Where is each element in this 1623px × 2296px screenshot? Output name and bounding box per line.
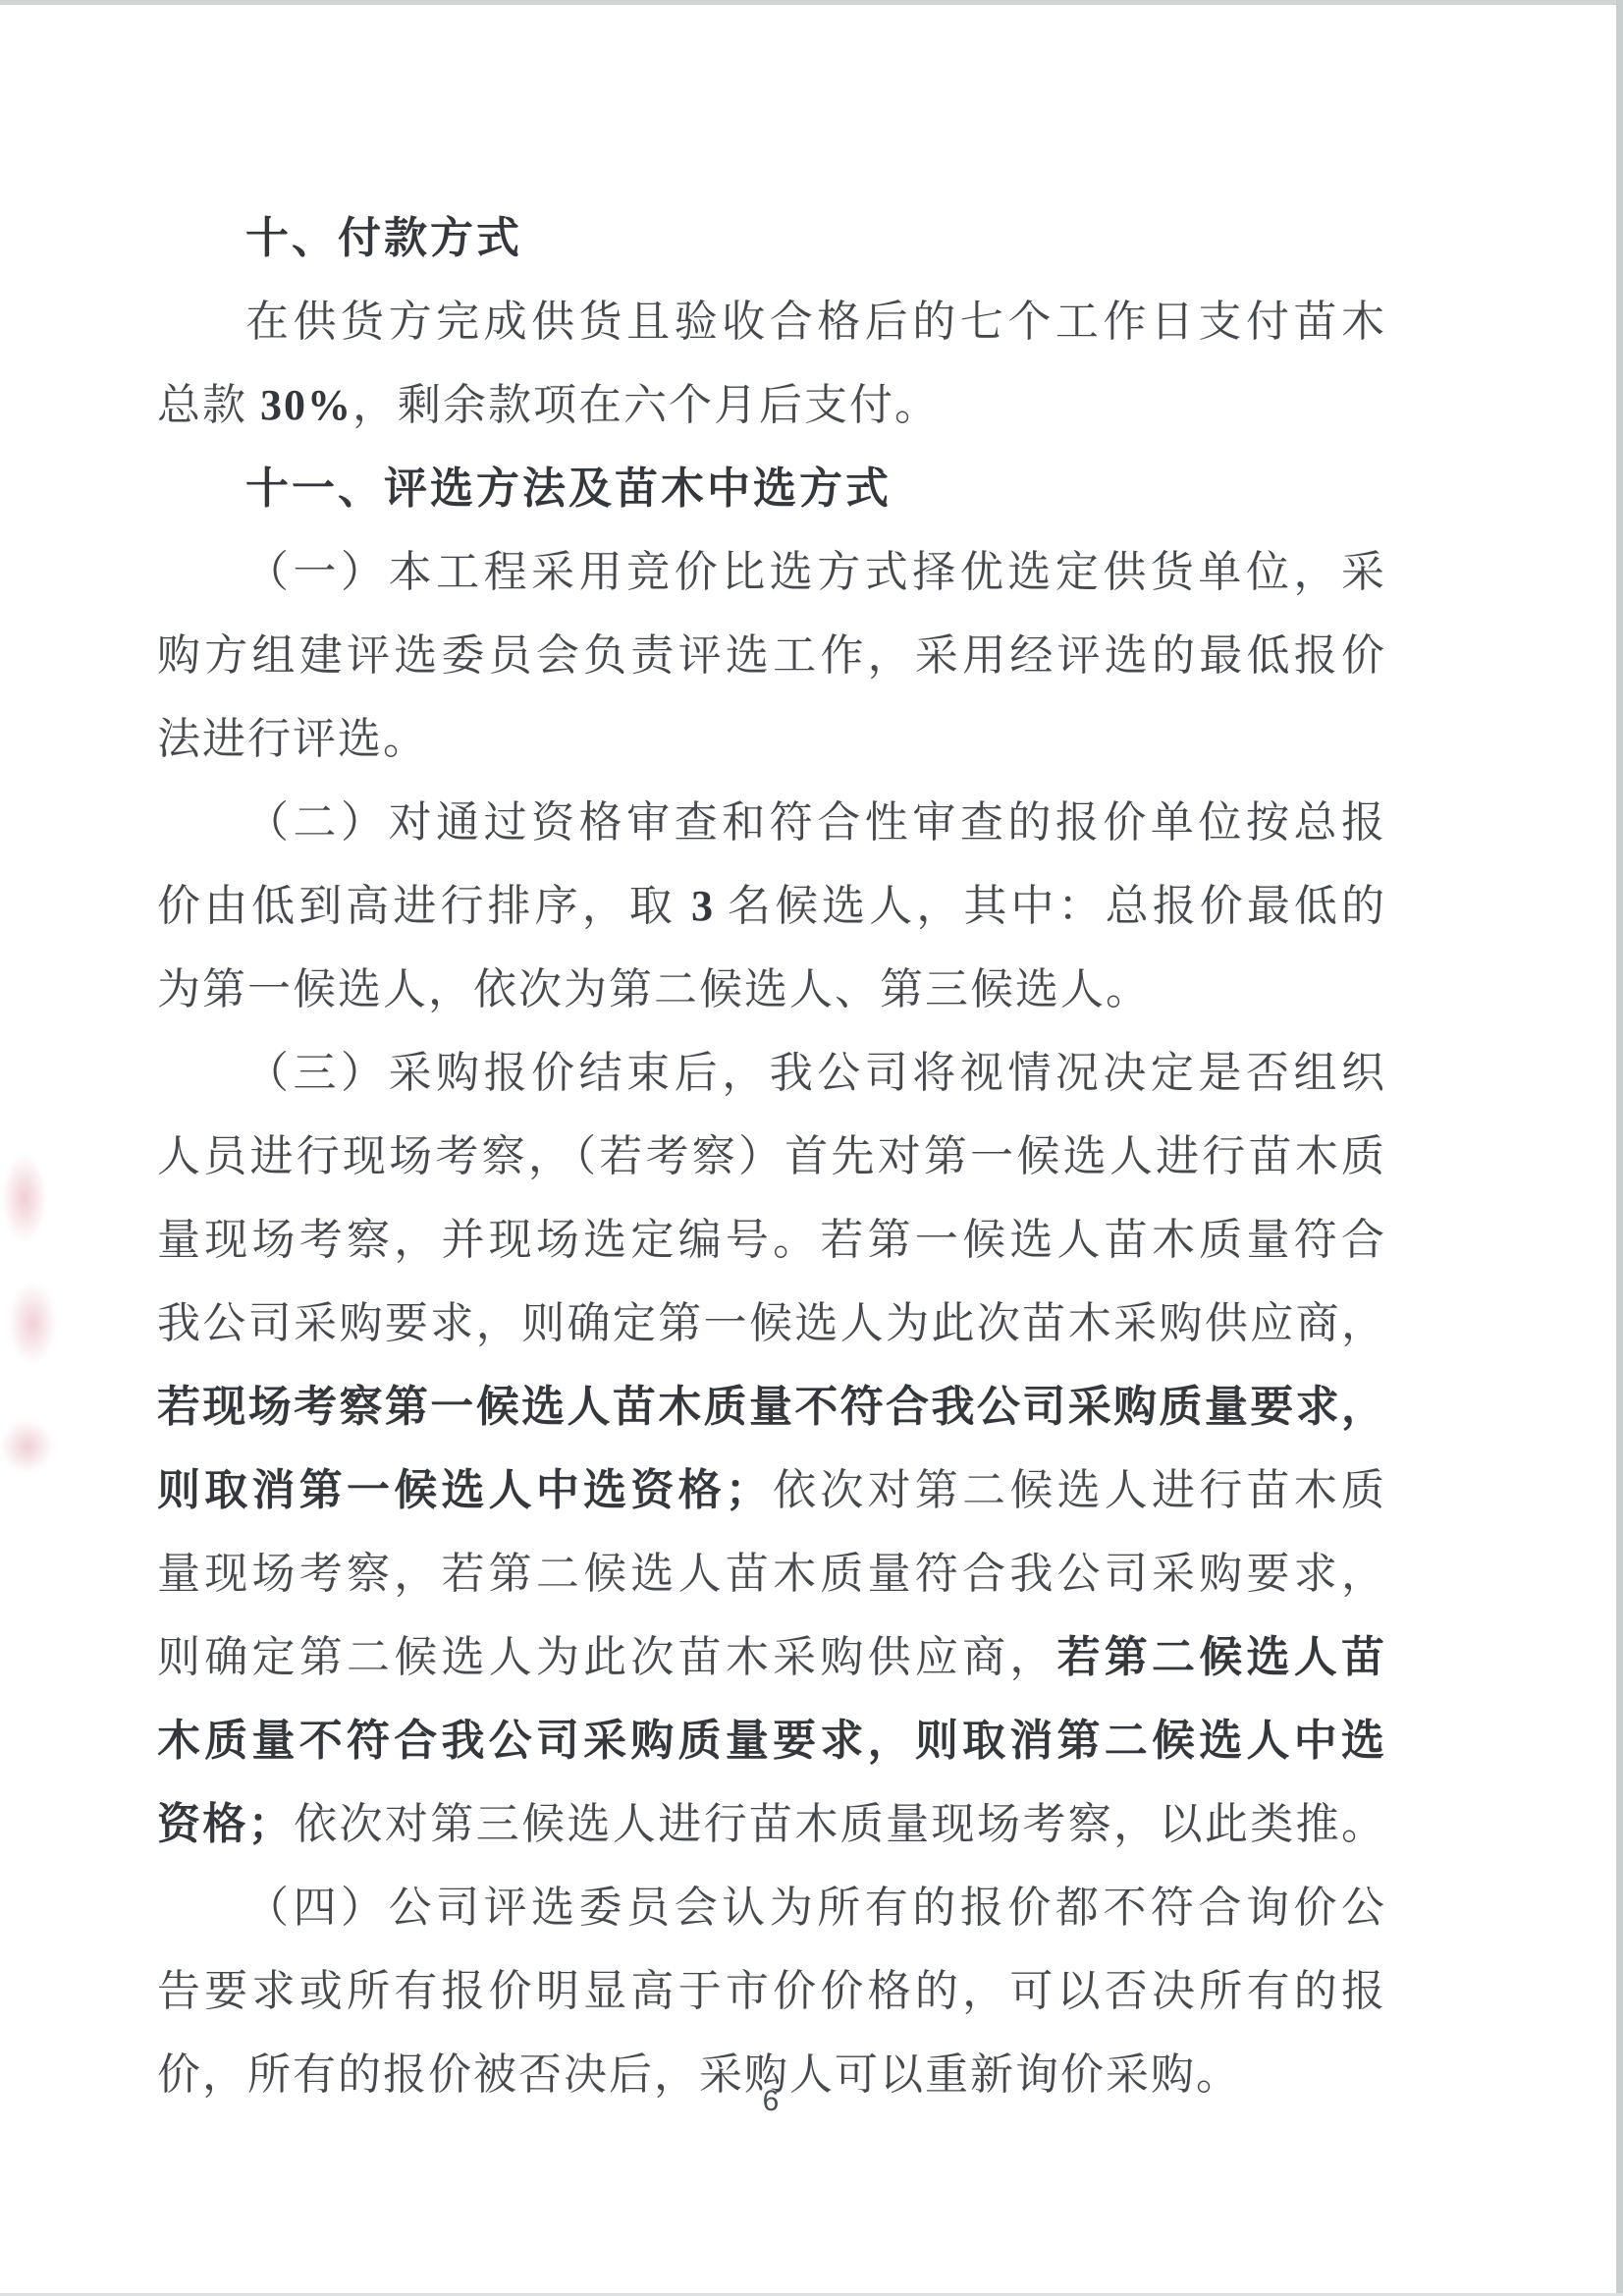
text-segment: 为第一候选人，依次为第二候选人、第三候选人。 (157, 965, 1151, 1013)
text-segment: 30% (260, 381, 352, 429)
text-line: 量现场考察，若第二候选人苗木质量符合我公司采购要求， (157, 1532, 1384, 1615)
text-segment: 价由低到高进行排序，取 (157, 882, 691, 930)
text-line: 量现场考察，并现场选定编号。若第一候选人苗木质量符合 (157, 1198, 1384, 1282)
text-line: 法进行评选。 (157, 697, 1384, 781)
page-number: 6 (157, 2082, 1384, 2121)
text-segment: （三）采购报价结束后，我公司将视情况决定是否组织 (245, 1049, 1384, 1097)
text-segment: 人员进行现场考察，（若考察）首先对第一候选人进行苗木质 (157, 1132, 1384, 1180)
text-line: （一）本工程采用竞价比选方式择优选定供货单位，采 (157, 530, 1384, 614)
text-segment: 3 (691, 882, 713, 930)
text-segment: 法进行评选。 (157, 715, 428, 763)
ink-smudge (8, 1282, 57, 1365)
text-segment: （四）公司评选委员会认为所有的报价都不符合询价公 (245, 1884, 1384, 1932)
text-segment: 十一、评选方法及苗木中选方式 (245, 465, 892, 513)
text-segment: （二）对通过资格审查和符合性审查的报价单位按总报 (245, 798, 1384, 847)
scanned-document-page: { "page": { "number": "6" }, "document":… (0, 0, 1623, 2296)
text-line: 在供货方完成供货且验收合格后的七个工作日支付苗木 (157, 280, 1384, 363)
text-line: 资格；依次对第三候选人进行苗木质量现场考察，以此类推。 (157, 1782, 1384, 1866)
text-line: 则确定第二候选人为此次苗木采购供应商，若第二候选人苗 (157, 1615, 1384, 1699)
text-segment: ，剩余款项在六个月后支付。 (352, 381, 940, 429)
text-line: 人员进行现场考察，（若考察）首先对第一候选人进行苗木质 (157, 1115, 1384, 1198)
text-segment: 在供货方完成供货且验收合格后的七个工作日支付苗木 (245, 298, 1384, 346)
text-line: （四）公司评选委员会认为所有的报价都不符合询价公 (157, 1866, 1384, 1949)
heading-section-11: 十一、评选方法及苗木中选方式 (157, 447, 1384, 530)
text-line: 木质量不符合我公司采购质量要求，则取消第二候选人中选 (157, 1699, 1384, 1782)
text-segment: 则确定第二候选人为此次苗木采购供应商， (157, 1633, 1057, 1681)
scan-edge-right (1616, 0, 1623, 2296)
text-line: （三）采购报价结束后，我公司将视情况决定是否组织 (157, 1031, 1384, 1115)
text-segment: 则取消第一候选人中选资格； (157, 1466, 769, 1514)
text-segment: 量现场考察，若第二候选人苗木质量符合我公司采购要求， (157, 1550, 1384, 1598)
scan-edge-top (0, 0, 1623, 5)
text-segment: 若现场考察第一候选人苗木质量不符合我公司采购质量要求， (157, 1383, 1384, 1431)
text-line: （二）对通过资格审查和符合性审查的报价单位按总报 (157, 781, 1384, 864)
text-segment: 若第二候选人苗 (1057, 1633, 1384, 1681)
text-line: 若现场考察第一候选人苗木质量不符合我公司采购质量要求， (157, 1365, 1384, 1449)
text-segment: 资格； (157, 1800, 292, 1848)
text-line: 总款 30%，剩余款项在六个月后支付。 (157, 363, 1384, 447)
text-segment: 十、付款方式 (245, 214, 522, 262)
text-line: 则取消第一候选人中选资格；依次对第二候选人进行苗木质 (157, 1449, 1384, 1532)
ink-smudge (2, 1154, 47, 1242)
text-segment: 木质量不符合我公司采购质量要求，则取消第二候选人中选 (157, 1717, 1384, 1765)
text-segment: （一）本工程采用竞价比选方式择优选定供货单位，采 (245, 548, 1384, 596)
text-line: 我公司采购要求，则确定第一候选人为此次苗木采购供应商， (157, 1282, 1384, 1365)
ink-smudge (0, 1419, 54, 1473)
text-segment: 购方组建评选委员会负责评选工作，采用经评选的最低报价 (157, 631, 1384, 680)
text-segment: 依次对第二候选人进行苗木质 (769, 1466, 1384, 1514)
text-segment: 告要求或所有报价明显高于市价价格的，可以否决所有的报 (157, 1967, 1384, 2015)
heading-section-10: 十、付款方式 (157, 196, 1384, 280)
text-line: 价由低到高进行排序，取 3 名候选人，其中：总报价最低的 (157, 864, 1384, 948)
text-line: 为第一候选人，依次为第二候选人、第三候选人。 (157, 948, 1384, 1031)
text-segment: 我公司采购要求，则确定第一候选人为此次苗木采购供应商， (157, 1299, 1384, 1347)
document-body: 十、付款方式在供货方完成供货且验收合格后的七个工作日支付苗木总款 30%，剩余款… (157, 196, 1384, 2116)
text-segment: 名候选人，其中：总报价最低的 (713, 882, 1384, 930)
text-line: 购方组建评选委员会负责评选工作，采用经评选的最低报价 (157, 614, 1384, 697)
text-segment: 量现场考察，并现场选定编号。若第一候选人苗木质量符合 (157, 1216, 1384, 1264)
text-line: 告要求或所有报价明显高于市价价格的，可以否决所有的报 (157, 1949, 1384, 2033)
text-segment: 依次对第三候选人进行苗木质量现场考察，以此类推。 (292, 1800, 1384, 1848)
text-segment: 总款 (157, 381, 260, 429)
